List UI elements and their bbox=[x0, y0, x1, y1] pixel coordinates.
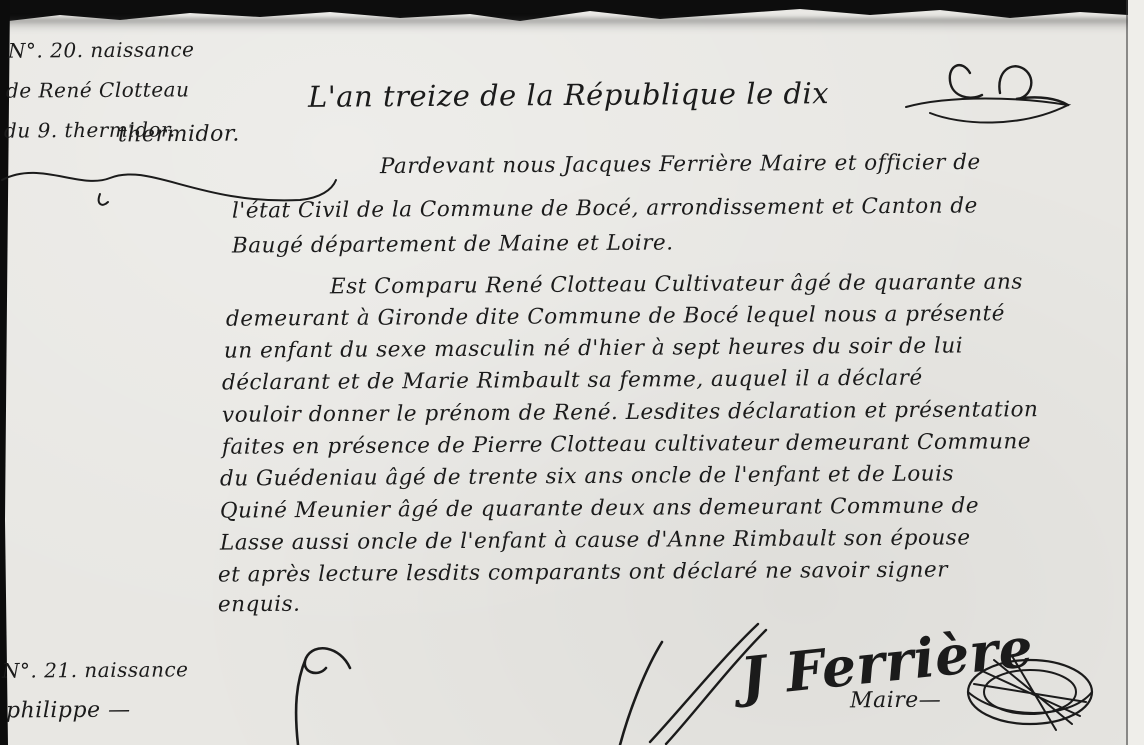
page-fold-line bbox=[1126, 0, 1128, 745]
body-line: et après lecture lesdits comparants ont … bbox=[218, 557, 948, 587]
body-line: du Guédeniau âgé de trente six ans oncle… bbox=[220, 461, 954, 491]
body-line: déclarant et de Marie Rimbault sa femme,… bbox=[222, 366, 923, 396]
body-line: Pardevant nous Jacques Ferrière Maire et… bbox=[380, 150, 981, 179]
body-line: un enfant du sexe masculin né d'hier à s… bbox=[224, 333, 963, 363]
body-line: Quiné Meunier âgé de quarante deux ans d… bbox=[220, 493, 979, 523]
body-line: Est Comparu René Clotteau Cultivateur âg… bbox=[330, 270, 1023, 300]
scan-top-smudge bbox=[0, 18, 1144, 32]
page-fold-margin bbox=[1128, 0, 1144, 745]
body-line: Lasse aussi oncle de l'enfant à cause d'… bbox=[220, 525, 971, 555]
opening-continuation: thermidor. bbox=[118, 122, 240, 148]
body-line: demeurant à Gironde dite Commune de Bocé… bbox=[226, 301, 1005, 331]
paraph-flourish bbox=[900, 55, 1080, 145]
signature-title: Maire— bbox=[850, 688, 941, 714]
scanned-register-page: N°. 20. naissance de René Clotteau du 9.… bbox=[0, 0, 1144, 745]
opening-line: L'an treize de la République le dix bbox=[308, 76, 829, 114]
body-line: faites en présence de Pierre Clotteau cu… bbox=[222, 429, 1031, 460]
scan-left-edge bbox=[0, 0, 10, 745]
margin-next-entry-name: philippe — bbox=[6, 698, 131, 724]
body-line: enquis. bbox=[218, 592, 301, 618]
signature-crosshatch-flourish bbox=[960, 650, 1110, 740]
margin-entry-number: N°. 20. naissance bbox=[8, 37, 195, 62]
body-line: Baugé département de Maine et Loire. bbox=[232, 230, 674, 258]
next-entry-letter-flourish bbox=[290, 638, 710, 745]
margin-next-entry-number: N°. 21. naissance bbox=[2, 657, 189, 682]
body-line: vouloir donner le prénom de René. Lesdit… bbox=[222, 397, 1039, 428]
margin-entry-name: de René Clotteau bbox=[6, 77, 190, 102]
body-line: l'état Civil de la Commune de Bocé, arro… bbox=[232, 193, 978, 223]
